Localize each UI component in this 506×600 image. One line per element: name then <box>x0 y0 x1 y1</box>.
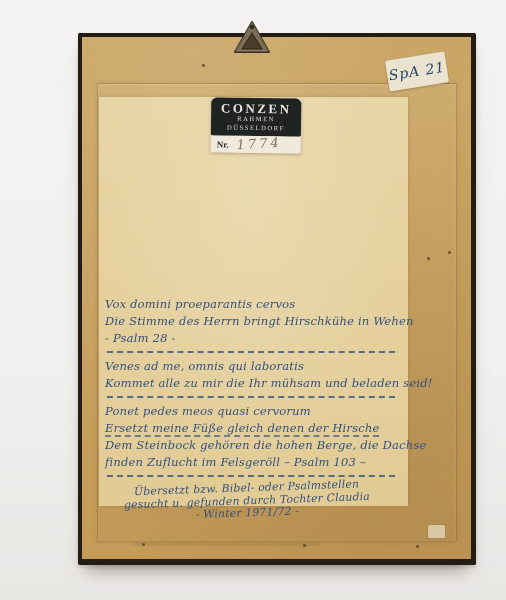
framer-city: DÜSSELDORF <box>213 124 299 133</box>
number-label: Nr. <box>217 139 229 149</box>
nail-hole <box>427 257 430 260</box>
scuff-mark <box>134 542 319 546</box>
triangle-hanger-icon <box>233 20 271 57</box>
framer-word-rahmen: RAHMEN <box>213 115 299 124</box>
dashed-divider <box>107 396 395 398</box>
inscription-credit-block: Übersetzt bzw. Bibel- oder Psalmstellen … <box>104 477 403 525</box>
inscription-line: Die Stimme des Herrn bringt Hirschkühe i… <box>105 313 403 330</box>
inscription-line: Ponet pedes meos quasi cervorum <box>105 403 403 420</box>
inscription-line: Dem Steinbock gehören die hohen Berge, d… <box>105 437 403 454</box>
handwritten-inscription: Vox domini proeparantis cervos Die Stimm… <box>105 296 403 520</box>
inscription-line: Venes ad me, omnis qui laboratis <box>105 358 403 375</box>
backing-paper: CONZEN RAHMEN DÜSSELDORF Nr. 1774 Vox do… <box>99 97 408 506</box>
nail-hole <box>416 545 419 548</box>
nail-hole <box>202 64 205 67</box>
inscription-line: Ersetzt meine Füße gleich denen der Hirs… <box>105 420 403 437</box>
picture-frame-back: SpA 21 CONZEN RAHMEN DÜSSELDORF Nr. 1774… <box>78 33 476 565</box>
tape-remnant <box>428 525 445 538</box>
inscription-line: Kommet alle zu mir die Ihr mühsam und be… <box>105 375 403 392</box>
framer-label: CONZEN RAHMEN DÜSSELDORF Nr. 1774 <box>211 97 302 153</box>
inventory-sticker-text: SpA 21 <box>388 59 447 84</box>
photo-frame-back: SpA 21 CONZEN RAHMEN DÜSSELDORF Nr. 1774… <box>0 0 506 600</box>
inscription-line: - Psalm 28 - <box>105 330 403 347</box>
framer-name: CONZEN <box>213 101 299 115</box>
inscription-line: Vox domini proeparantis cervos <box>105 296 403 313</box>
number-value-handwritten: 1774 <box>236 139 282 152</box>
cardboard-backing: SpA 21 CONZEN RAHMEN DÜSSELDORF Nr. 1774… <box>82 37 471 559</box>
framer-label-black-panel: CONZEN RAHMEN DÜSSELDORF <box>211 97 302 136</box>
nail-hole <box>448 251 451 254</box>
framer-number-strip: Nr. 1774 <box>211 135 301 153</box>
inscription-line: finden Zuflucht im Felsgeröll – Psalm 10… <box>105 454 403 471</box>
dashed-divider <box>107 351 395 353</box>
